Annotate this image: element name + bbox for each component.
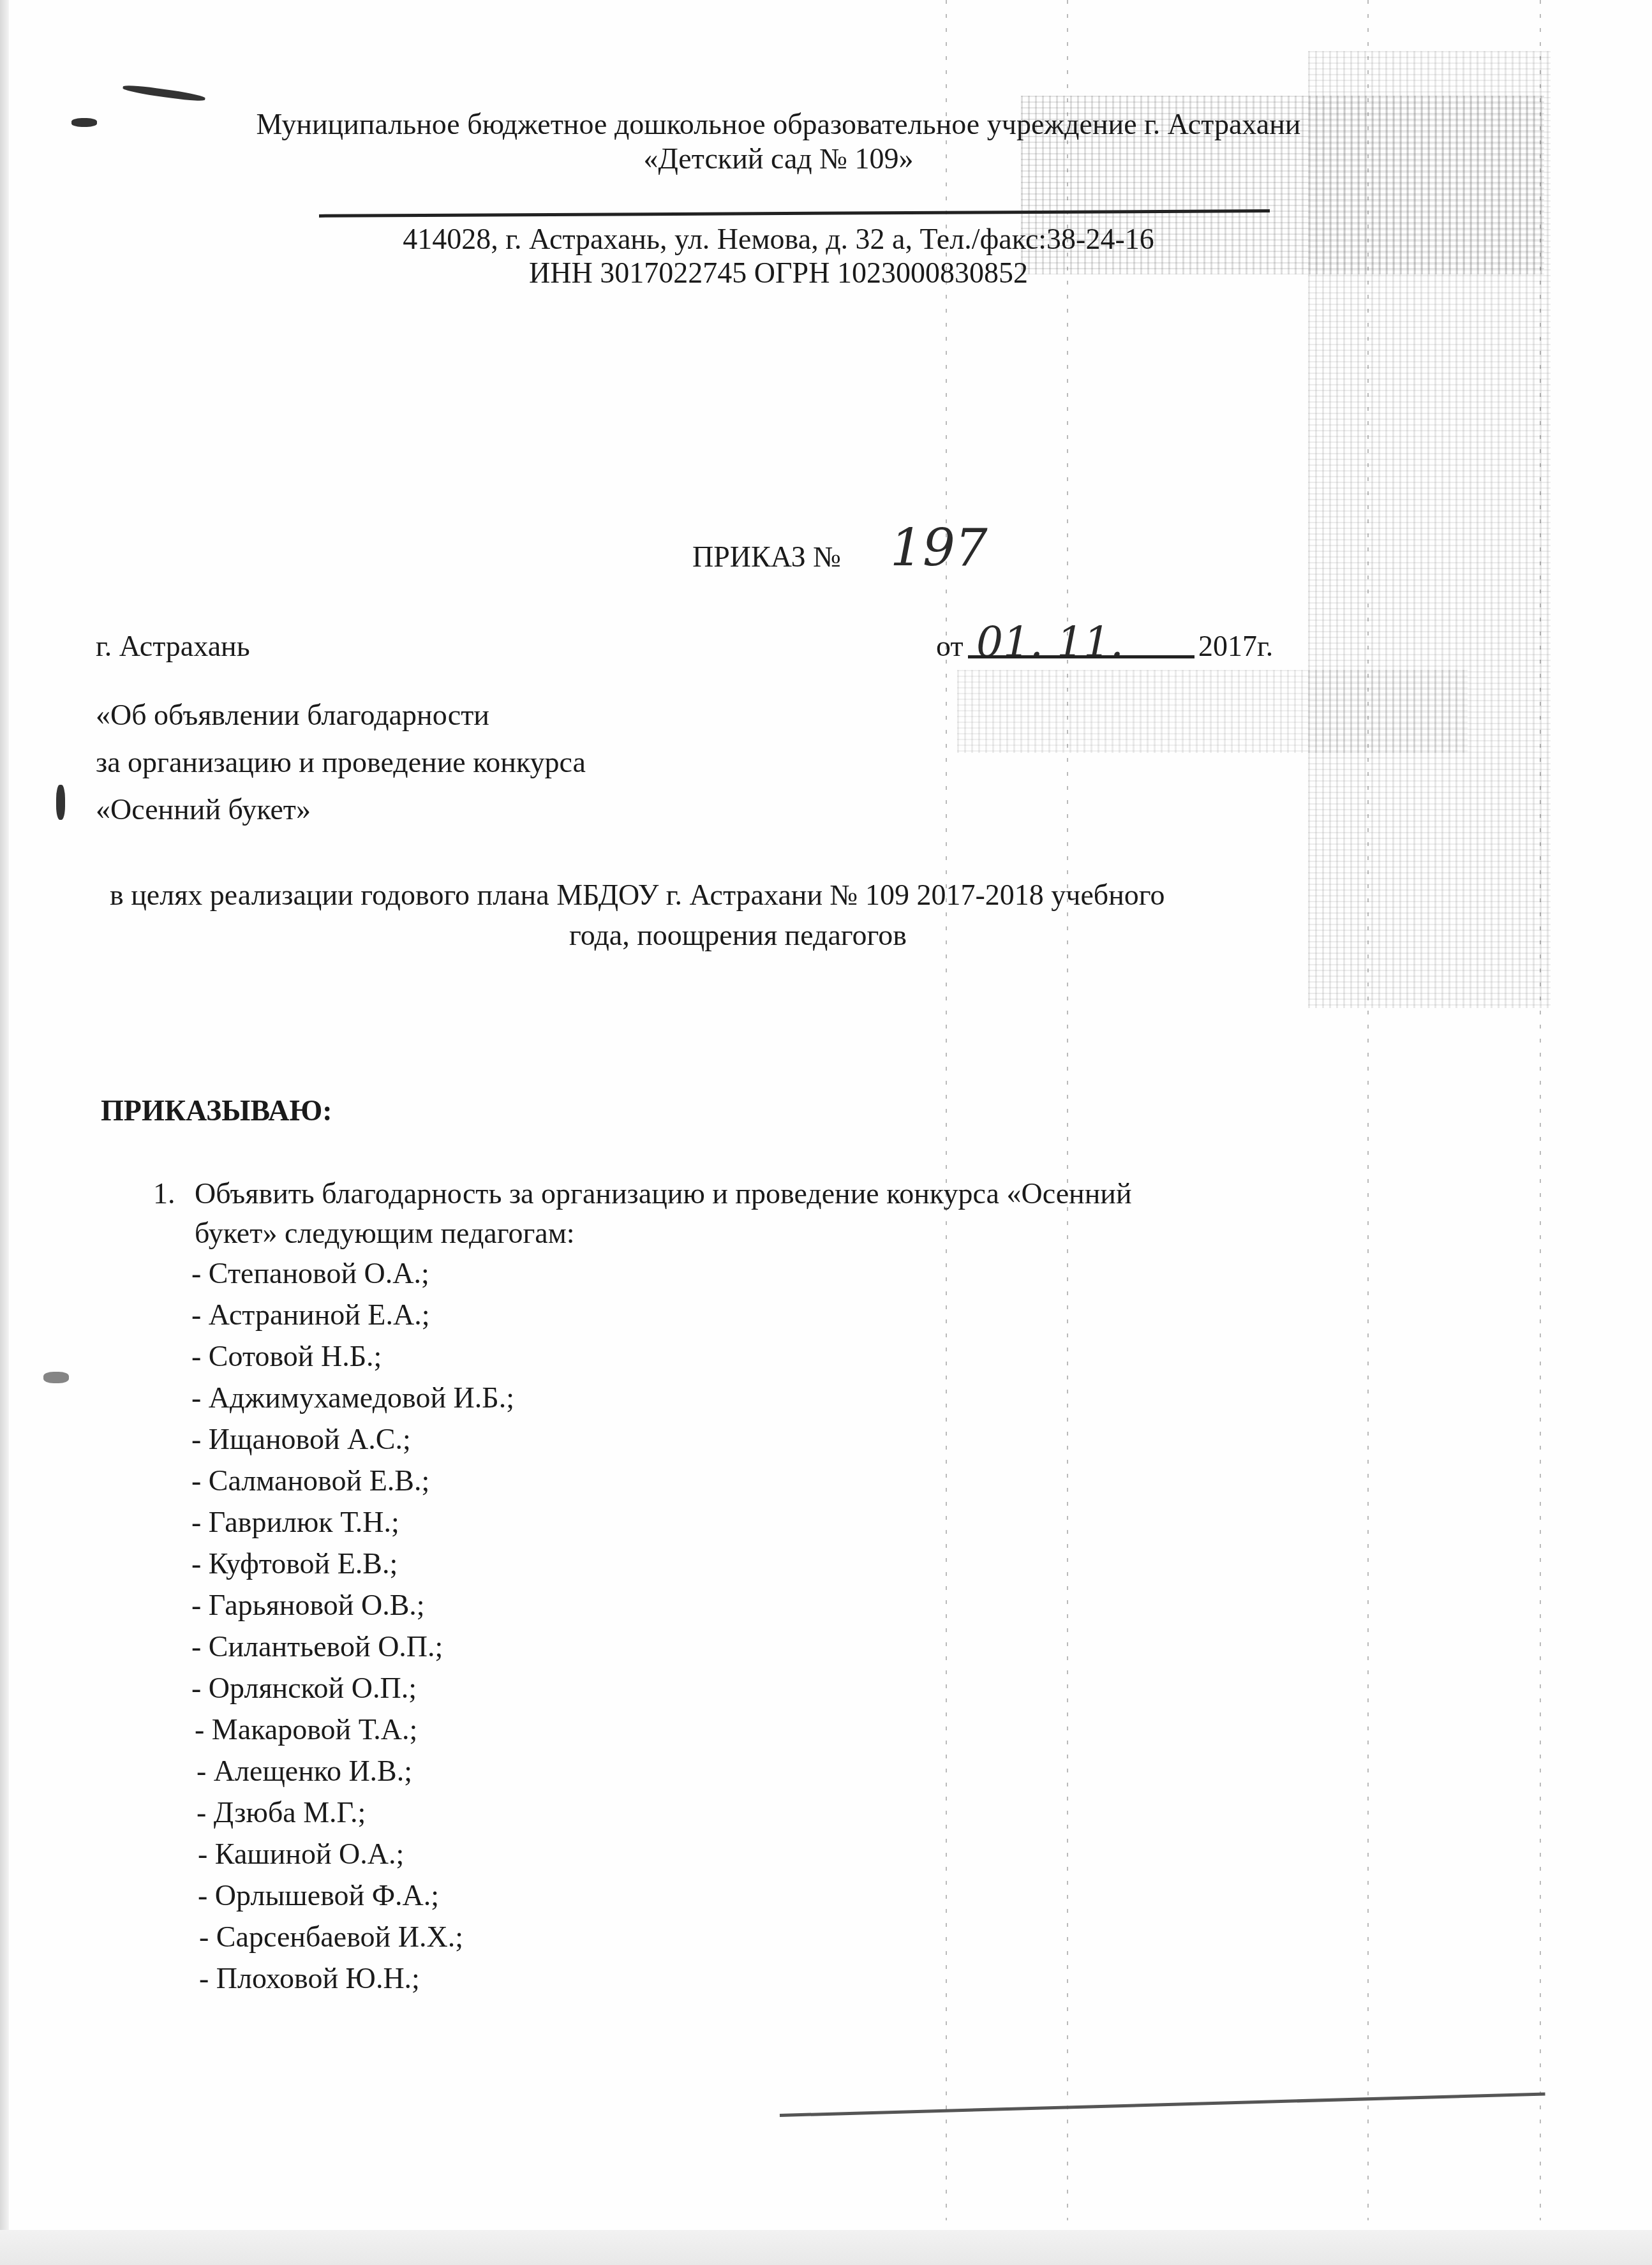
item-text: букет» следующим педагогам: <box>195 1219 575 1248</box>
teacher-name: - Степановой О.А.; <box>191 1252 514 1294</box>
teacher-name: - Астраниной Е.А.; <box>191 1294 514 1335</box>
teacher-list: - Степановой О.А.; - Астраниной Е.А.; - … <box>191 1252 514 1999</box>
org-name-kindergarten: «Детский сад № 109» <box>191 144 1366 174</box>
teacher-name: - Сотовой Н.Б.; <box>191 1335 514 1377</box>
org-name-line: Муниципальное бюджетное дошкольное образ… <box>191 110 1366 139</box>
teacher-name: - Ищановой А.С.; <box>191 1418 514 1460</box>
teacher-name: - Куфтовой Е.В.; <box>191 1543 514 1584</box>
scan-mark <box>123 84 205 103</box>
teacher-name: - Алещенко И.В.; <box>191 1750 514 1792</box>
order-subject-line: «Об объявлении благодарности <box>96 701 489 730</box>
item-text: Объявить благодарность за организацию и … <box>195 1179 1132 1208</box>
teacher-name: - Аджимухамедовой И.Б.; <box>191 1377 514 1418</box>
document-page: Муниципальное бюджетное дошкольное образ… <box>0 0 1652 2265</box>
scan-streak <box>1067 0 1068 2220</box>
org-registration-ids: ИНН 3017022745 ОГРН 1023000830852 <box>191 258 1366 288</box>
directive-heading: ПРИКАЗЫВАЮ: <box>101 1096 332 1125</box>
org-address: 414028, г. Астрахань, ул. Немова, д. 32 … <box>191 225 1366 254</box>
teacher-name: - Орлышевой Ф.А.; <box>191 1875 514 1916</box>
scan-mark <box>71 118 97 127</box>
scan-noise <box>1308 51 1551 1008</box>
teacher-name: - Сарсенбаевой И.Х.; <box>191 1916 514 1957</box>
scan-mark <box>43 1372 69 1383</box>
order-date-handwritten: 01. 11. <box>976 618 1124 667</box>
scan-edge-shadow <box>0 0 9 2265</box>
item-number: 1. <box>153 1179 175 1208</box>
preamble-line: в целях реализации годового плана МБДОУ … <box>110 880 1165 910</box>
preamble-line: года, поощрения педагогов <box>569 921 907 950</box>
teacher-name: - Кашиной О.А.; <box>191 1833 514 1875</box>
teacher-name: - Дзюба М.Г.; <box>191 1792 514 1833</box>
order-subject-line: за организацию и проведение конкурса <box>96 748 586 777</box>
scan-streak <box>946 0 947 2220</box>
teacher-name: - Силантьевой О.П.; <box>191 1626 514 1667</box>
order-date-year: 2017г. <box>1198 632 1273 661</box>
date-underline <box>968 655 1194 658</box>
teacher-name: - Орлянской О.П.; <box>191 1667 514 1709</box>
teacher-name: - Макаровой Т.А.; <box>191 1709 514 1750</box>
order-city: г. Астрахань <box>96 632 250 661</box>
scan-stroke <box>780 2092 1545 2117</box>
order-number-handwritten: 197 <box>890 518 988 577</box>
teacher-name: - Гаврилюк Т.Н.; <box>191 1501 514 1543</box>
teacher-name: - Салмановой Е.В.; <box>191 1460 514 1501</box>
teacher-name: - Гарьяновой О.В.; <box>191 1584 514 1626</box>
scan-noise <box>957 670 1468 753</box>
order-date-prefix: от <box>936 632 964 661</box>
scan-bottom-edge <box>0 2230 1652 2265</box>
scan-mark <box>56 785 65 820</box>
order-subject-line: «Осенний букет» <box>96 795 311 824</box>
teacher-name: - Плоховой Ю.Н.; <box>191 1957 514 1999</box>
order-title: ПРИКАЗ № <box>692 542 841 572</box>
